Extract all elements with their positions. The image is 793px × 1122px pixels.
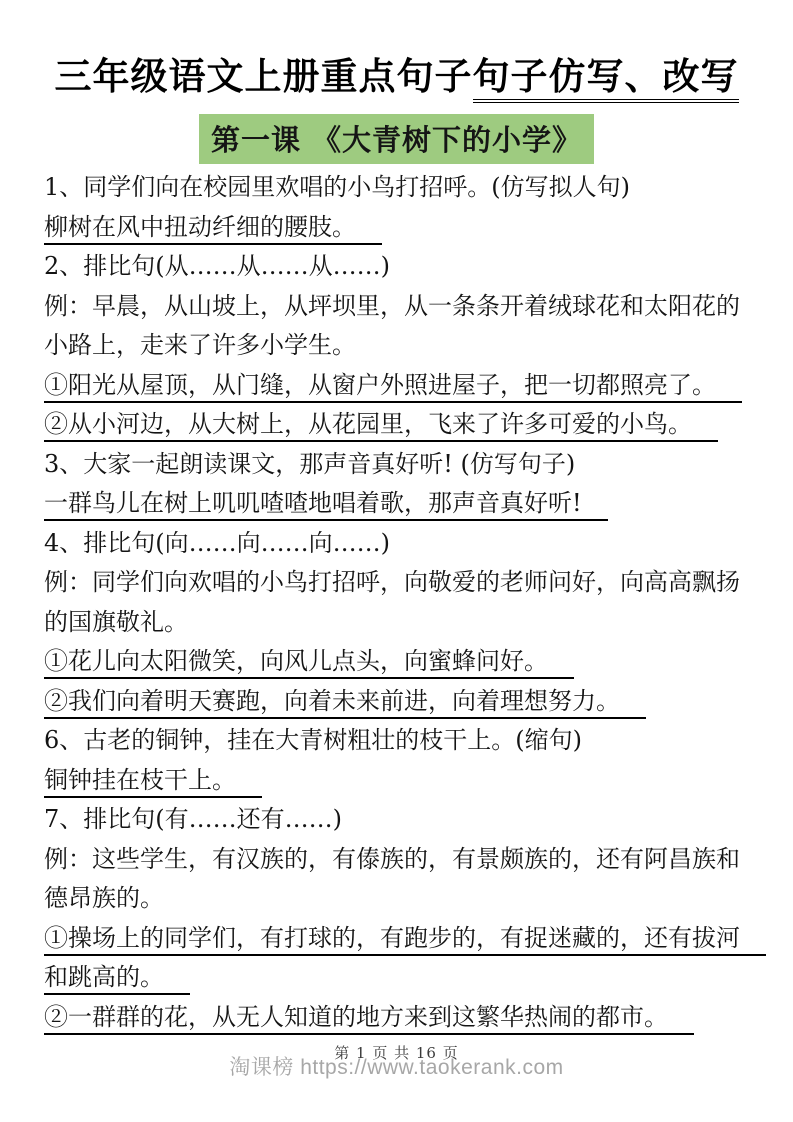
- answer-line: ②我们向着明天赛跑，向着未来前进，向着理想努力。: [44, 682, 749, 722]
- sentence-text: 6、古老的铜钟，挂在大青树粗壮的枝干上。(缩句): [44, 726, 582, 754]
- sentence-text: 和跳高的。: [44, 963, 190, 995]
- example-line: 例：这些学生，有汉族的，有傣族的，有景颇族的，还有阿昌族和: [44, 840, 749, 880]
- answer-line: ①操场上的同学们，有打球的，有跑步的，有捉迷藏的，还有拔河: [44, 919, 749, 959]
- answer-line: 一群鸟儿在树上叽叽喳喳地唱着歌，那声音真好听!: [44, 484, 749, 524]
- sentence-text: 例：这些学生，有汉族的，有傣族的，有景颇族的，还有阿昌族和: [44, 845, 740, 873]
- example-line: 德昂族的。: [44, 879, 749, 919]
- title-text: 三年级语文上册重点句子: [55, 54, 473, 98]
- sentence-text: 例：同学们向欢唱的小鸟打招呼，向敬爱的老师问好，向高高飘扬: [44, 568, 740, 596]
- sentence-text: ②我们向着明天赛跑，向着未来前进，向着理想努力。: [44, 687, 646, 719]
- question-line: 6、古老的铜钟，挂在大青树粗壮的枝干上。(缩句): [44, 721, 749, 761]
- answer-line: ①阳光从屋顶，从门缝，从窗户外照进屋子，把一切都照亮了。: [44, 366, 749, 406]
- sentence-text: 小路上，走来了许多小学生。: [44, 331, 356, 359]
- question-line: 7、排比句(有……还有……): [44, 800, 749, 840]
- sentence-text: 例：早晨，从山坡上，从坪坝里，从一条条开着绒球花和太阳花的: [44, 292, 740, 320]
- sentence-text: 的国旗敬礼。: [44, 608, 188, 636]
- answer-line: ②从小河边，从大树上，从花园里，飞来了许多可爱的小鸟。: [44, 405, 749, 445]
- example-line: 的国旗敬礼。: [44, 603, 749, 643]
- document-page: 三年级语文上册重点句子句子仿写、改写 第一课 《大青树下的小学》 1、同学们向在…: [0, 0, 793, 1122]
- sentence-text: ①阳光从屋顶，从门缝，从窗户外照进屋子，把一切都照亮了。: [44, 371, 742, 403]
- section-heading: 第一课 《大青树下的小学》: [199, 114, 594, 164]
- sentence-text: 铜钟挂在枝干上。: [44, 766, 262, 798]
- page-title: 三年级语文上册重点句子句子仿写、改写: [44, 46, 749, 100]
- watermark-text: 淘课榜 https://www.taokerank.com: [0, 1051, 793, 1081]
- example-line: 例：早晨，从山坡上，从坪坝里，从一条条开着绒球花和太阳花的: [44, 287, 749, 327]
- answer-line: 铜钟挂在枝干上。: [44, 761, 749, 801]
- sentence-text: 3、大家一起朗读课文，那声音真好听! (仿写句子): [44, 450, 575, 478]
- answer-line: 柳树在风中扭动纤细的腰肢。: [44, 208, 749, 248]
- answer-line: ②一群群的花，从无人知道的地方来到这繁华热闹的都市。: [44, 998, 749, 1038]
- sentence-text: ②从小河边，从大树上，从花园里，飞来了许多可爱的小鸟。: [44, 410, 718, 442]
- question-line: 3、大家一起朗读课文，那声音真好听! (仿写句子): [44, 445, 749, 485]
- answer-line: 和跳高的。: [44, 958, 749, 998]
- sentence-text: 7、排比句(有……还有……): [44, 805, 342, 833]
- sentence-text: 2、排比句(从……从……从……): [44, 252, 390, 280]
- sentence-text: 德昂族的。: [44, 884, 164, 912]
- sentence-text: ①操场上的同学们，有打球的，有跑步的，有捉迷藏的，还有拔河: [44, 924, 766, 956]
- sentence-text: ①花儿向太阳微笑，向风儿点头，向蜜蜂问好。: [44, 647, 574, 679]
- sentence-text: 4、排比句(向……向……向……): [44, 529, 390, 557]
- title-underlined-text: 句子仿写、改写: [473, 54, 739, 103]
- example-line: 例：同学们向欢唱的小鸟打招呼，向敬爱的老师问好，向高高飘扬: [44, 563, 749, 603]
- question-line: 4、排比句(向……向……向……): [44, 524, 749, 564]
- answer-line: ①花儿向太阳微笑，向风儿点头，向蜜蜂问好。: [44, 642, 749, 682]
- sentence-text: 柳树在风中扭动纤细的腰肢。: [44, 213, 382, 245]
- content-body: 1、同学们向在校园里欢唱的小鸟打招呼。(仿写拟人句) 柳树在风中扭动纤细的腰肢。…: [44, 168, 749, 1037]
- sentence-text: ②一群群的花，从无人知道的地方来到这繁华热闹的都市。: [44, 1003, 694, 1035]
- question-line: 2、排比句(从……从……从……): [44, 247, 749, 287]
- sentence-text: 一群鸟儿在树上叽叽喳喳地唱着歌，那声音真好听!: [44, 489, 608, 521]
- section-heading-row: 第一课 《大青树下的小学》: [44, 114, 749, 164]
- sentence-text: 1、同学们向在校园里欢唱的小鸟打招呼。(仿写拟人句): [44, 173, 630, 201]
- example-line: 小路上，走来了许多小学生。: [44, 326, 749, 366]
- question-line: 1、同学们向在校园里欢唱的小鸟打招呼。(仿写拟人句): [44, 168, 749, 208]
- page-footer: 第 1 页 共 16 页 淘课榜 https://www.taokerank.c…: [0, 1042, 793, 1094]
